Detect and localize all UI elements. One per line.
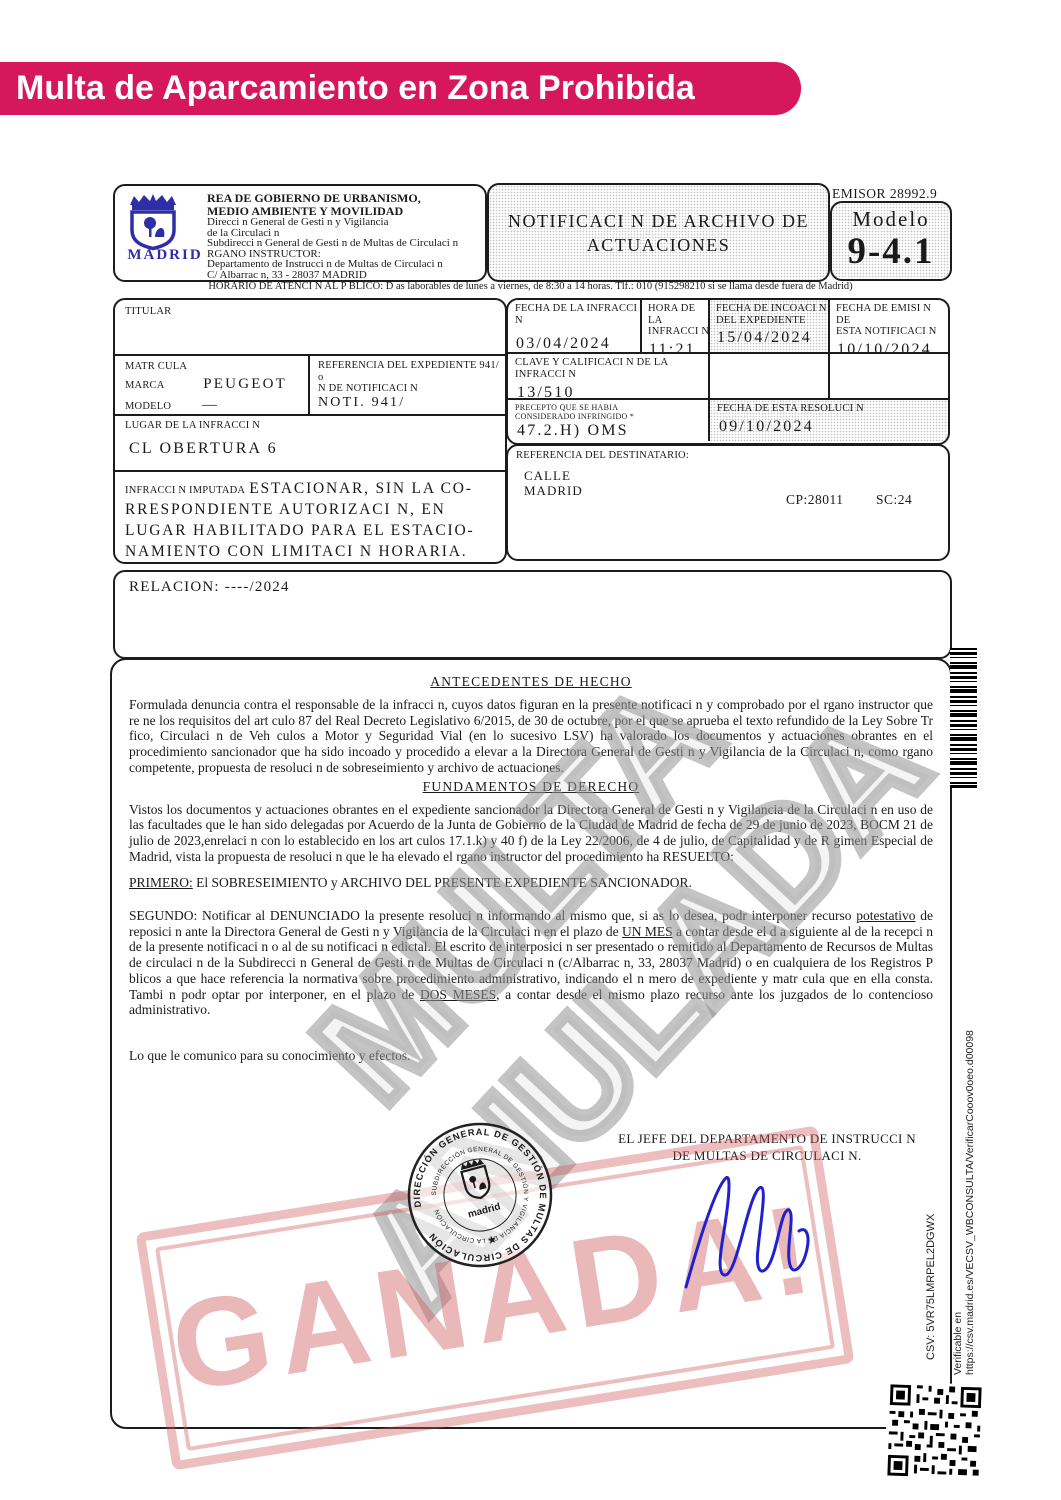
fundamentos-paragraph: Vistos los documentos y actuaciones obra… — [129, 802, 933, 865]
issuer-name-bold: REA DE GOBIERNO DE URBANISMO, MEDIO AMBI… — [207, 192, 479, 217]
precepto-value: 47.2.H) OMS — [508, 421, 708, 440]
fundamentos-heading: FUNDAMENTOS DE DERECHO — [129, 779, 933, 795]
infraccion-cell: INFRACCI N IMPUTADA ESTACIONAR, SIN LA C… — [115, 470, 505, 560]
fecha-infraccion-label: FECHA DE LA INFRACCI N — [508, 300, 640, 326]
incoacion-cell: FECHA DE INCOACI N DEL EXPEDIENTE 15/04/… — [708, 300, 830, 352]
marca-label: MARCA — [125, 380, 165, 391]
destinatario-sc: SC:24 — [876, 492, 912, 508]
relacion-box: RELACION: ----/2024 — [113, 570, 952, 659]
signature-scribble — [678, 1165, 828, 1305]
segundo-text-1: SEGUNDO: Notificar al DENUNCIADO la pres… — [129, 908, 856, 923]
emision-cell: FECHA DE EMISI N DE ESTA NOTIFICACI N 10… — [828, 300, 948, 352]
modelo-box: Modelo 9-4.1 — [830, 201, 952, 281]
issuer-box: MADRID REA DE GOBIERNO DE URBANISMO, MED… — [113, 184, 487, 282]
clave-label: CLAVE Y CALIFICACI N DE LA INFRACCI N — [508, 354, 708, 380]
matricula-cell: MATR CULA MARCA PEUGEOT MODELO — — [115, 356, 308, 416]
titular-cell: TITULAR — [115, 300, 505, 354]
office-hours-line: HORARIO DE ATENCI N AL P BLICO: D as lab… — [113, 281, 948, 292]
scanned-document-page: Multa de Aparcamiento en Zona Prohibida … — [0, 0, 1061, 1500]
destinatario-label: REFERENCIA DEL DESTINATARIO: — [508, 446, 948, 462]
notification-title-line2: ACTUACIONES — [508, 233, 809, 257]
barcode — [950, 648, 977, 788]
segundo-underline-3: DOS MESES — [420, 987, 496, 1002]
incoacion-value: 15/04/2024 — [710, 326, 830, 347]
hora-label: HORA DE LA INFRACCI N — [642, 300, 710, 338]
primero-label: PRIMERO: — [129, 875, 193, 890]
infraccion-label: INFRACCI N IMPUTADA — [125, 485, 245, 496]
marca-value: PEUGEOT — [203, 376, 287, 392]
emision-label: FECHA DE EMISI N DE ESTA NOTIFICACI N — [830, 300, 948, 338]
incoacion-label: FECHA DE INCOACI N DEL EXPEDIENTE — [710, 300, 830, 326]
verification-url-vertical-text: Verificable en https://csv.madrid.es/VEC… — [952, 1030, 976, 1375]
document-title-banner: Multa de Aparcamiento en Zona Prohibida — [0, 62, 801, 115]
segundo-underline-2: UN MES — [622, 924, 673, 939]
referencia-label: REFERENCIA DEL EXPEDIENTE 941/ o — [310, 356, 507, 383]
matricula-label: MATR CULA — [115, 356, 308, 373]
destinatario-box: REFERENCIA DEL DESTINATARIO: CALLE MADRI… — [506, 444, 950, 561]
relacion-value: RELACION: ----/2024 — [115, 572, 950, 596]
antecedentes-paragraph: Formulada denuncia contra el responsable… — [129, 697, 933, 776]
clave-cell: CLAVE Y CALIFICACI N DE LA INFRACCI N 13… — [508, 352, 708, 400]
issuer-department-lines: Direcci n General de Gesti n y Vigilanci… — [207, 217, 487, 280]
madrid-coat-of-arms-icon — [125, 191, 181, 251]
titular-label: TITULAR — [115, 300, 505, 318]
csv-code-vertical-text: CSV: 5VR75LMRPEL2DGWX — [925, 1070, 937, 1360]
matricula-row: MATR CULA MARCA PEUGEOT MODELO — REFEREN… — [115, 354, 505, 416]
modelo-field-label: MODELO — [125, 401, 171, 412]
resolucion-value: 09/10/2024 — [710, 415, 948, 436]
segundo-underline-1: potestativo — [856, 908, 915, 923]
resolucion-label: FECHA DE ESTA RESOLUCI N — [710, 400, 948, 415]
antecedentes-heading: ANTECEDENTES DE HECHO — [129, 674, 933, 690]
notificacion-value: NOTI. 941/ — [310, 395, 507, 411]
modelo-number: 9-4.1 — [832, 232, 950, 272]
dates-table: FECHA DE LA INFRACCI N 03/04/2024 HORA D… — [506, 298, 950, 445]
lugar-label: LUGAR DE LA INFRACCI N — [115, 416, 505, 432]
primero-paragraph: PRIMERO: El SOBRESEIMIENTO y ARCHIVO DEL… — [129, 875, 933, 891]
precepto-cell: PRECEPTO QUE SE HABIA CONSIDERADO INFRIN… — [508, 398, 708, 441]
fecha-infraccion-cell: FECHA DE LA INFRACCI N 03/04/2024 — [508, 300, 640, 352]
empty-cell-2 — [828, 352, 948, 400]
qr-code — [884, 1381, 984, 1481]
emisor-code: EMISOR 28992.9 — [832, 186, 937, 202]
hora-cell: HORA DE LA INFRACCI N 11:21 — [640, 300, 710, 352]
notificacion-label: N DE NOTIFICACI N — [310, 383, 507, 395]
empty-cell-1 — [708, 352, 830, 400]
modelo-field-value: — — [202, 397, 219, 413]
primero-text: El SOBRESEIMIENTO y ARCHIVO DEL PRESENTE… — [193, 875, 692, 890]
lugar-value: CL OBERTURA 6 — [115, 432, 505, 458]
closing-line: Lo que le comunico para su conocimiento … — [129, 1048, 933, 1064]
resolucion-cell: FECHA DE ESTA RESOLUCI N 09/10/2024 — [708, 398, 948, 441]
fecha-infraccion-value: 03/04/2024 — [508, 326, 640, 353]
segundo-paragraph: SEGUNDO: Notificar al DENUNCIADO la pres… — [129, 908, 933, 1018]
notification-title-line1: NOTIFICACI N DE ARCHIVO DE — [508, 209, 809, 233]
precepto-label: PRECEPTO QUE SE HABIA CONSIDERADO INFRIN… — [508, 400, 708, 421]
destinatario-cp: CP:28011 — [786, 492, 844, 508]
madrid-logo-text: MADRID — [125, 247, 205, 264]
modelo-label: Modelo — [832, 207, 950, 232]
lugar-cell: LUGAR DE LA INFRACCI N CL OBERTURA 6 — [115, 414, 505, 472]
page-title: Multa de Aparcamiento en Zona Prohibida — [0, 62, 801, 115]
notification-title-box: NOTIFICACI N DE ARCHIVO DE ACTUACIONES — [487, 183, 830, 282]
referencia-cell: REFERENCIA DEL EXPEDIENTE 941/ o N DE NO… — [308, 356, 507, 416]
vehicle-details-box: TITULAR MATR CULA MARCA PEUGEOT MODELO —… — [113, 298, 507, 564]
